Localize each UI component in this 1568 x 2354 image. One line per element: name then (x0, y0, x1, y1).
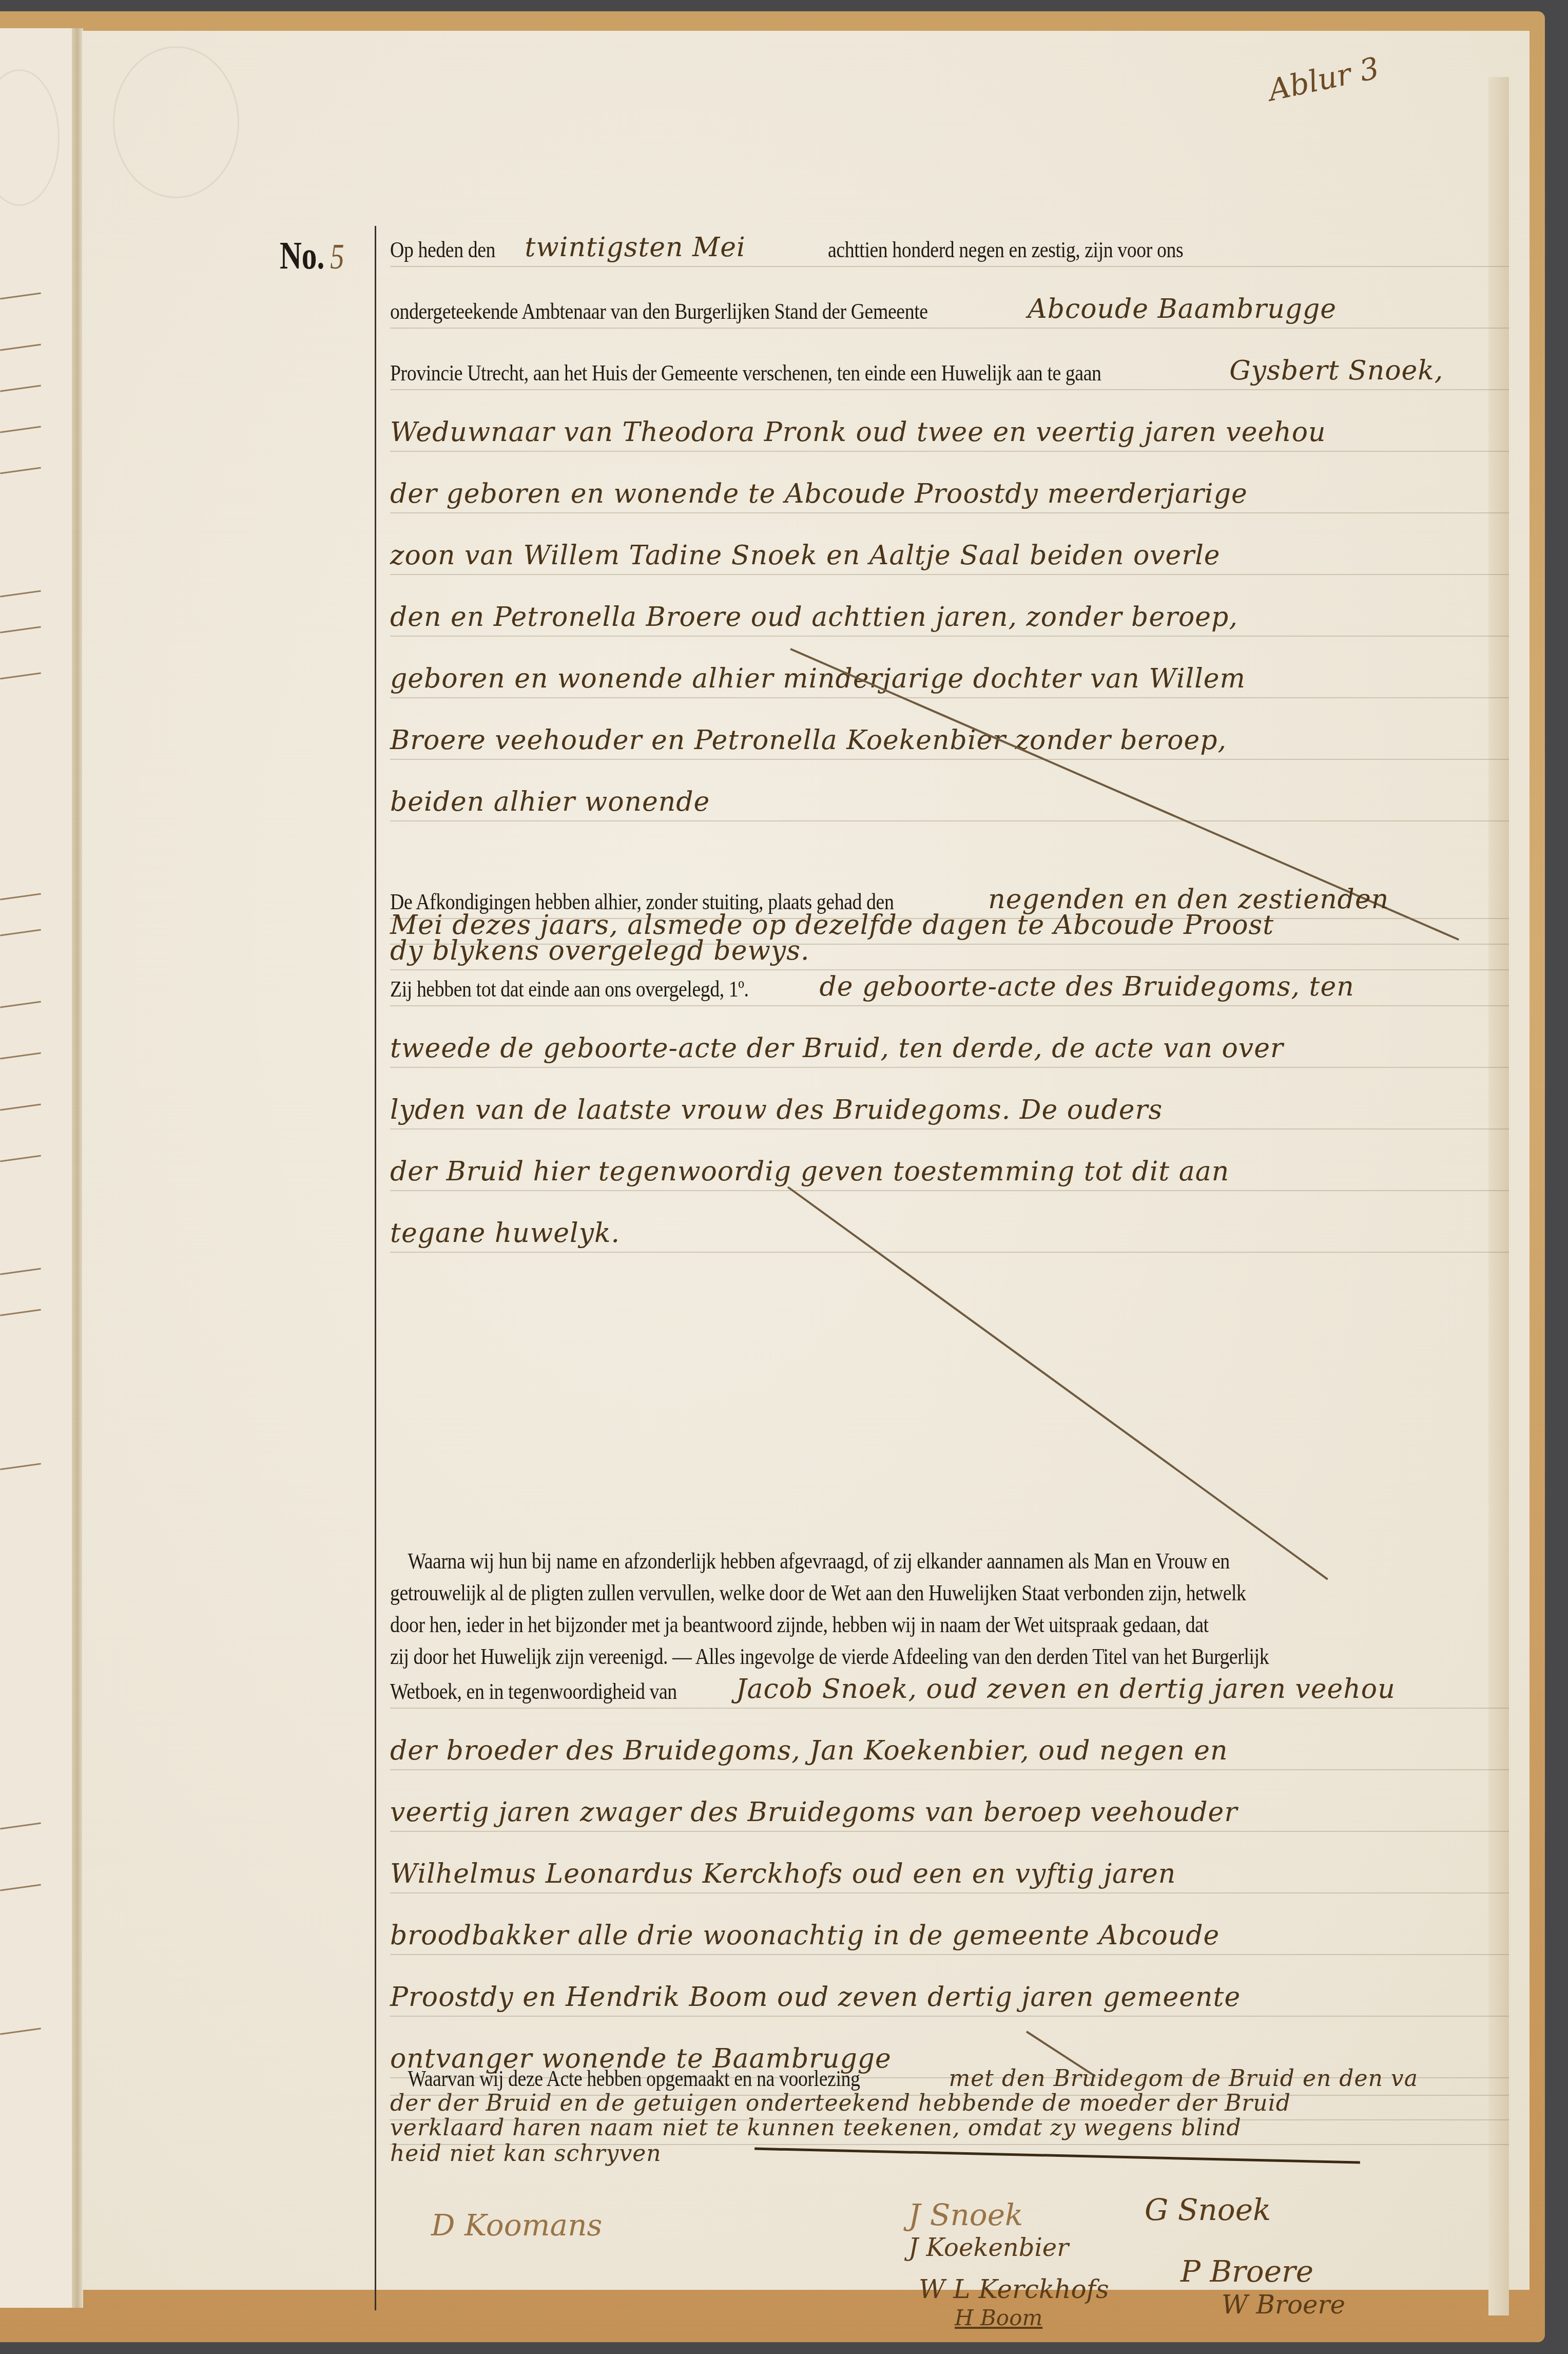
book-gutter (72, 28, 83, 2308)
signature-witness-jan: J Koekenbier (908, 2233, 1069, 2262)
text-line: Provincie Utrecht, aan het Huis der Geme… (390, 329, 1509, 390)
text-line: lyden van de laatste vrouw des Bruidegom… (390, 1068, 1509, 1130)
printed-text: zij door het Huwelijk zijn vereenigd. — … (390, 1643, 1269, 1670)
printed-text: ondergeteekende Ambtenaar van den Burger… (390, 298, 928, 324)
entry-label: No. (280, 234, 324, 277)
handwritten-text: dy blykens overgelegd bewys. (390, 935, 810, 966)
handwritten-text: de geboorte-acte des Bruidegoms, ten (819, 971, 1354, 1002)
handwritten-text: heid niet kan schryven (390, 2140, 662, 2167)
section-pronouncement: Waarna wij hun bij name en afzonderlijk … (390, 1545, 1509, 2078)
text-line: Wilhelmus Leonardus Kerckhofs oud een en… (390, 1832, 1509, 1893)
handwritten-text: tegane huwelyk. (390, 1218, 620, 1249)
text-line: Waarna wij hun bij name en afzonderlijk … (390, 1545, 1509, 1577)
margin-handwriting (0, 1822, 41, 1829)
handwritten-text: met den Bruidegom de Bruid en den va (949, 2065, 1418, 2092)
text-line: zij door het Huwelijk zijn vereenigd. — … (390, 1641, 1509, 1673)
printed-text: door hen, ieder in het bijzonder met ja … (390, 1612, 1209, 1638)
text-line: veertig jaren zwager des Bruidegoms van … (390, 1770, 1509, 1832)
handwritten-text: Weduwnaar van Theodora Pronk oud twee en… (390, 417, 1326, 448)
margin-handwriting (0, 626, 41, 633)
margin-rule (375, 226, 376, 2310)
margin-handwriting (0, 1268, 41, 1275)
handwritten-text: tweede de geboorte-acte der Bruid, ten d… (390, 1033, 1284, 1064)
text-line: der geboren en wonende te Abcoude Proost… (390, 452, 1509, 513)
signature-father-bride: W Broere (1222, 2290, 1345, 2320)
margin-handwriting (0, 292, 41, 299)
margin-handwriting (0, 590, 41, 597)
handwritten-text: Gysbert Snoek, (1229, 355, 1443, 386)
signature-bride: P Broere (1180, 2254, 1313, 2289)
text-line: Zij hebben tot dat einde aan ons overgel… (390, 970, 1509, 1006)
margin-handwriting (0, 1103, 41, 1111)
entry-number: No.5 (280, 234, 344, 278)
section-banns: De Afkondigingen hebben alhier, zonder s… (390, 873, 1509, 1253)
handwritten-text: Wilhelmus Leonardus Kerckhofs oud een en… (390, 1859, 1176, 1889)
text-line: ondergeteekende Ambtenaar van den Burger… (390, 267, 1509, 329)
handwritten-text: veertig jaren zwager des Bruidegoms van … (390, 1797, 1237, 1828)
text-line: Op heden den twintigsten Mei achttien ho… (390, 205, 1509, 267)
handwritten-text: broodbakker alle drie woonachtig in de g… (390, 1920, 1219, 1951)
handwritten-text: geboren en wonende alhier minderjarige d… (390, 663, 1246, 694)
handwritten-text: Proostdy en Hendrik Boom oud zeven derti… (390, 1982, 1241, 2013)
signature-witness-kerckhofs: W L Kerckhofs (919, 2274, 1109, 2304)
text-line: beiden alhier wonende (390, 760, 1509, 821)
text-line: getrouwelijk al de pligten zullen vervul… (390, 1577, 1509, 1609)
text-line: heid niet kan schryven (390, 2145, 1509, 2170)
handwritten-text: den en Petronella Broere oud achttien ja… (390, 602, 1238, 633)
text-line: Broere veehouder en Petronella Koekenbie… (390, 698, 1509, 760)
margin-handwriting (0, 343, 41, 351)
margin-handwriting (0, 385, 41, 392)
handwritten-text: der Bruid hier tegenwoordig geven toeste… (390, 1156, 1229, 1187)
handwritten-text: Broere veehouder en Petronella Koekenbie… (390, 725, 1227, 756)
margin-handwriting (0, 1155, 41, 1162)
text-line: Wetboek, en in tegenwoordigheid van Jaco… (390, 1673, 1509, 1709)
margin-handwriting (0, 467, 41, 474)
printed-text: Op heden den (390, 237, 495, 263)
handwritten-text: der geboren en wonende te Abcoude Proost… (390, 479, 1248, 509)
printed-text: Zij hebben tot dat einde aan ons overgel… (390, 976, 749, 1002)
margin-handwriting (0, 1309, 41, 1316)
handwritten-text: der broeder des Bruidegoms, Jan Koekenbi… (390, 1735, 1228, 1766)
margin-handwriting (0, 1001, 41, 1008)
margin-handwriting (0, 672, 41, 679)
margin-handwriting (0, 2027, 41, 2035)
handwritten-text: Jacob Snoek, oud zeven en dertig jaren v… (736, 1674, 1396, 1705)
text-line: den en Petronella Broere oud achttien ja… (390, 575, 1509, 637)
handwritten-text: der der Bruid en de getuigen onderteeken… (390, 2090, 1291, 2116)
printed-text: Wetboek, en in tegenwoordigheid van (390, 1678, 677, 1705)
signature-groom: G Snoek (1145, 2192, 1271, 2227)
printed-text: Waarvan wij deze Acte hebben opgemaakt e… (390, 2065, 860, 2092)
signature-witness-boom: H Boom (955, 2305, 1042, 2330)
text-line: geboren en wonende alhier minderjarige d… (390, 637, 1509, 698)
signature-official: D Koomans (431, 2208, 602, 2243)
text-line: Weduwnaar van Theodora Pronk oud twee en… (390, 390, 1509, 452)
entry-number-value: 5 (330, 237, 344, 277)
text-line: der broeder des Bruidegoms, Jan Koekenbi… (390, 1709, 1509, 1770)
printed-text: Waarna wij hun bij name en afzonderlijk … (390, 1548, 1230, 1574)
handwritten-text: lyden van de laatste vrouw des Bruidegom… (390, 1095, 1163, 1125)
handwritten-text: zoon van Willem Tadine Snoek en Aaltje S… (390, 540, 1221, 571)
text-line: tegane huwelyk. (390, 1191, 1509, 1253)
section-declaration: Op heden den twintigsten Mei achttien ho… (390, 205, 1509, 821)
margin-handwriting (0, 929, 41, 936)
margin-handwriting (0, 1884, 41, 1891)
handwritten-text: twintigsten Mei (525, 232, 745, 263)
margin-handwriting (0, 893, 41, 900)
handwritten-text: verklaard haren naam niet te kunnen teek… (390, 2115, 1242, 2141)
margin-handwriting (0, 1052, 41, 1059)
printed-text: getrouwelijk al de pligten zullen vervul… (390, 1580, 1246, 1606)
text-line: zoon van Willem Tadine Snoek en Aaltje S… (390, 513, 1509, 575)
printed-text: Provincie Utrecht, aan het Huis der Geme… (390, 360, 1101, 386)
text-line: dy blykens overgelegd bewys. (390, 945, 1509, 970)
text-line: Proostdy en Hendrik Boom oud zeven derti… (390, 1955, 1509, 2017)
text-line: der Bruid hier tegenwoordig geven toeste… (390, 1130, 1509, 1191)
text-line: door hen, ieder in het bijzonder met ja … (390, 1609, 1509, 1641)
printed-text: achttien honderd negen en zestig, zijn v… (828, 237, 1183, 263)
left-facing-page (0, 28, 77, 2308)
embossed-seal (113, 46, 239, 198)
signature-witness-jacob: J Snoek (908, 2197, 1023, 2232)
margin-handwriting (0, 1463, 41, 1470)
handwritten-text: Abcoude Baambrugge (1028, 294, 1337, 324)
embossed-seal (0, 69, 60, 206)
margin-handwriting (0, 426, 41, 433)
handwritten-text: beiden alhier wonende (390, 787, 710, 817)
text-line: tweede de geboorte-acte der Bruid, ten d… (390, 1006, 1509, 1068)
text-line: broodbakker alle drie woonachtig in de g… (390, 1893, 1509, 1955)
